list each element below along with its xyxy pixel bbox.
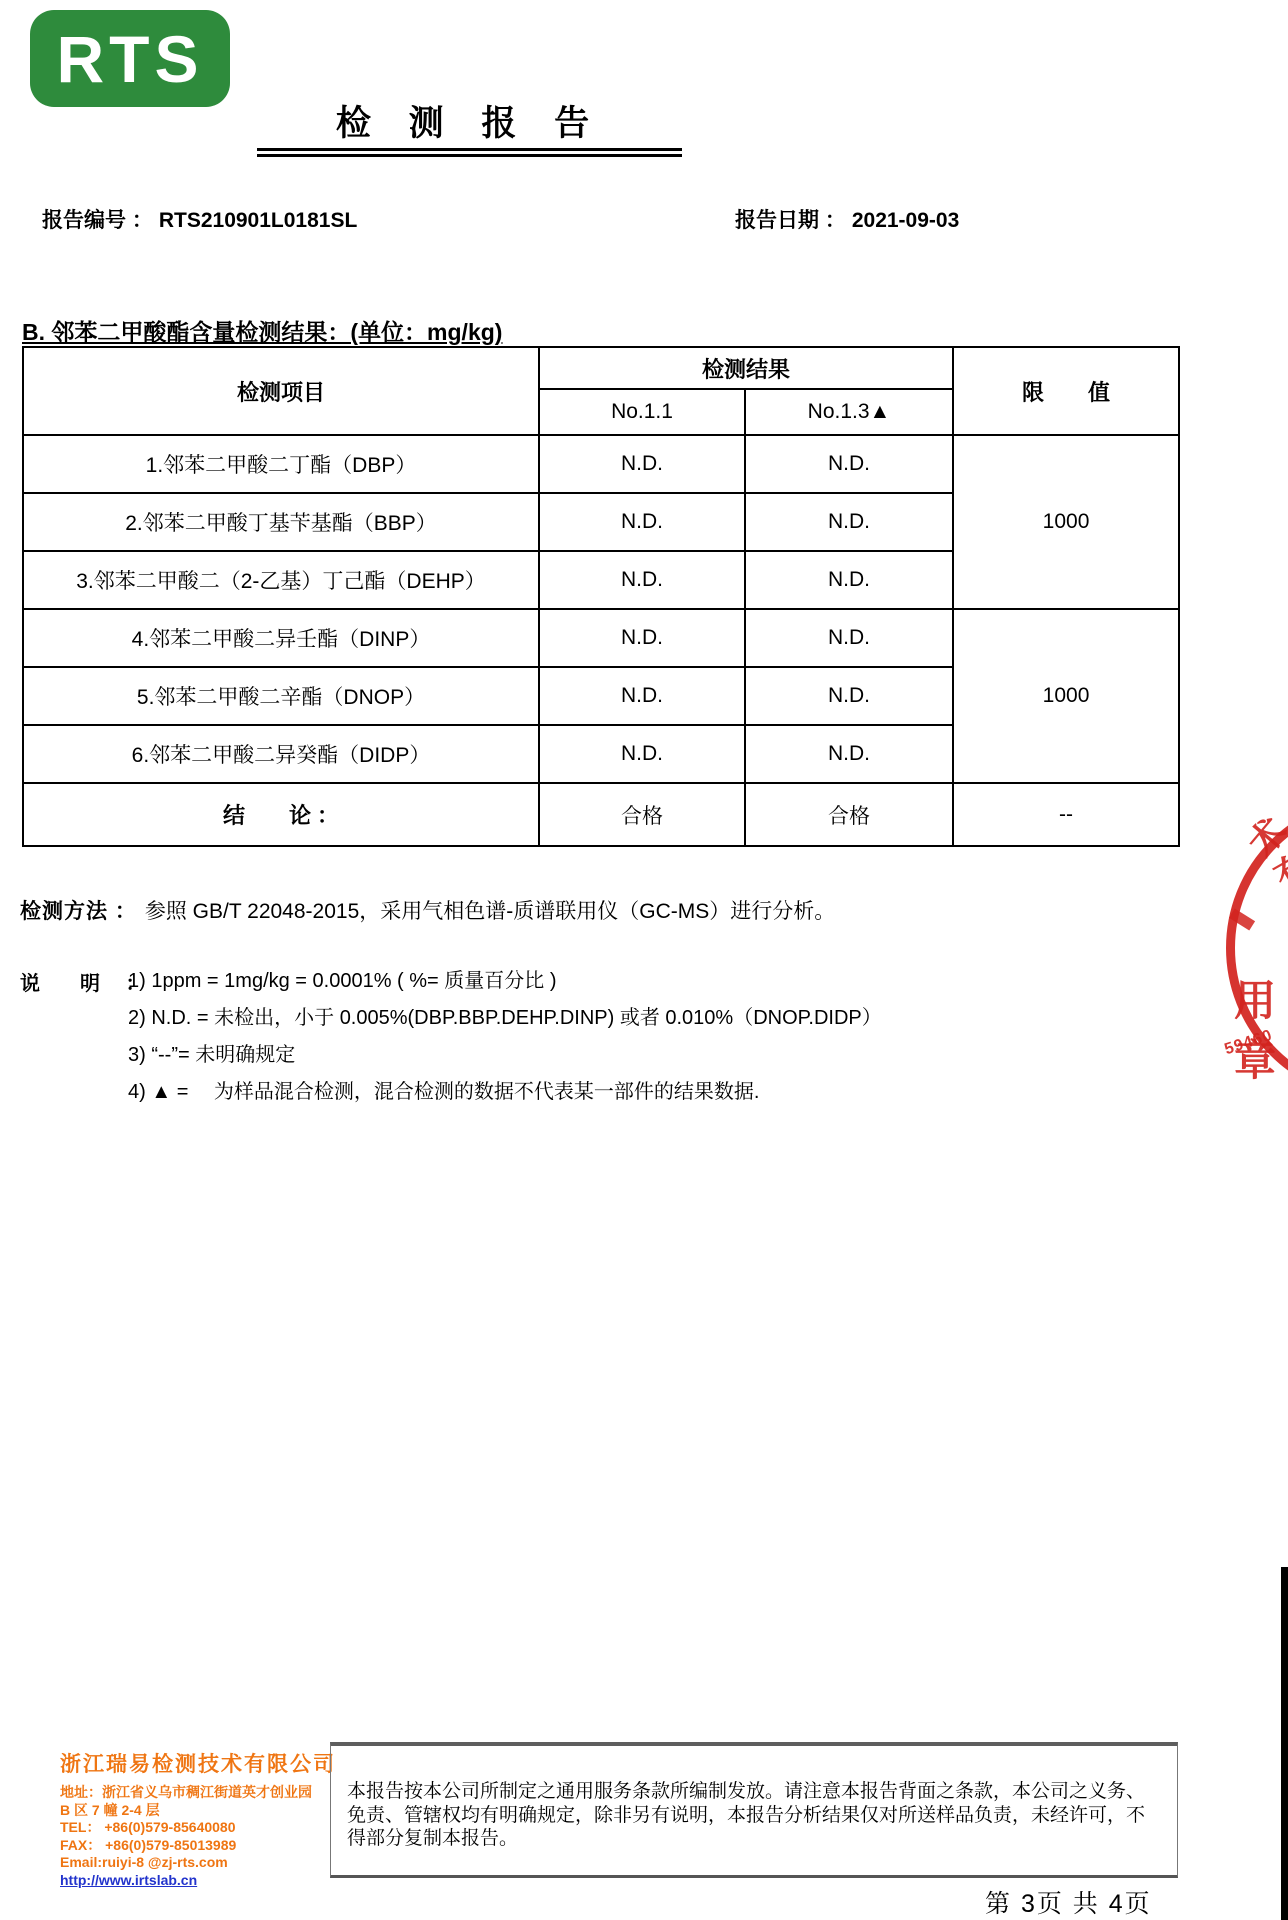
report-number-label: 报告编号 ： bbox=[42, 209, 153, 232]
row-item-name: 1.邻苯二甲酸二丁酯（DBP） bbox=[23, 435, 539, 493]
company-website-link[interactable]: http://www.irtslab.cn bbox=[60, 1872, 197, 1888]
company-address-line1: 地址：浙江省义乌市稠江街道英才创业园 bbox=[60, 1784, 336, 1802]
document-title: 检 测 报 告 bbox=[257, 96, 682, 146]
col-header-limit: 限 值 bbox=[953, 347, 1179, 435]
section-b-heading: B. 邻苯二甲酸酯含量检测结果：(单位：mg/kg) bbox=[22, 314, 502, 347]
table-row: 4.邻苯二甲酸二异壬酯（DINP） N.D. N.D. 1000 bbox=[23, 609, 1179, 667]
conclusion-limit: -- bbox=[953, 783, 1179, 846]
row-item-name: 2.邻苯二甲酸丁基苄基酯（BBP） bbox=[23, 493, 539, 551]
row-result-no13: N.D. bbox=[745, 725, 953, 783]
report-date-row: 报告日期 ：2021-09-03 bbox=[735, 204, 959, 234]
conclusion-row: 结 论 ： 合格 合格 -- bbox=[23, 783, 1179, 846]
limit-value-group2: 1000 bbox=[953, 609, 1179, 783]
row-result-no11: N.D. bbox=[539, 609, 745, 667]
report-date-value: 2021-09-03 bbox=[852, 209, 959, 232]
row-result-no11: N.D. bbox=[539, 551, 745, 609]
company-email: Email:ruiyi-8 @zj-rts.com bbox=[60, 1854, 336, 1872]
company-name: 浙江瑞易检测技术有限公司 bbox=[60, 1748, 336, 1778]
company-fax: FAX： +86(0)579-85013989 bbox=[60, 1837, 336, 1855]
notes-items: 1) 1ppm = 1mg/kg = 0.0001% ( %= 质量百分比 ) … bbox=[128, 963, 1228, 1111]
method-text: 参照 GB/T 22048-2015，采用气相色谱-质谱联用仪（GC-MS）进行… bbox=[145, 900, 835, 923]
phthalate-results-table: 检测项目 检测结果 限 值 No.1.1 No.1.3▲ 1.邻苯二甲酸二丁酯（… bbox=[22, 346, 1180, 847]
company-address-line2: B 区 7 幢 2-4 层 bbox=[60, 1802, 336, 1820]
note-item: 1) 1ppm = 1mg/kg = 0.0001% ( %= 质量百分比 ) bbox=[128, 963, 1228, 1000]
company-tel: TEL： +86(0)579-85640080 bbox=[60, 1819, 336, 1837]
conclusion-label: 结 论 ： bbox=[23, 783, 539, 846]
title-double-rule bbox=[257, 148, 682, 157]
row-result-no11: N.D. bbox=[539, 725, 745, 783]
report-number-row: 报告编号 ：RTS210901L0181SL bbox=[42, 204, 357, 234]
row-item-name: 3.邻苯二甲酸二（2-乙基）丁己酯（DEHP） bbox=[23, 551, 539, 609]
note-item: 2) N.D. = 未检出，小于 0.005%(DBP.BBP.DEHP.DIN… bbox=[128, 1000, 1228, 1037]
row-item-name: 4.邻苯二甲酸二异壬酯（DINP） bbox=[23, 609, 539, 667]
note-item: 4) ▲ = 为样品混合检测，混合检测的数据不代表某一部件的结果数据. bbox=[128, 1074, 1228, 1111]
report-page: RTS 检 测 报 告 报告编号 ：RTS210901L0181SL 报告日期 … bbox=[0, 0, 1288, 1920]
col-header-sample2: No.1.3▲ bbox=[745, 389, 953, 435]
col-header-sample1: No.1.1 bbox=[539, 389, 745, 435]
row-result-no13: N.D. bbox=[745, 609, 953, 667]
company-info-block: 浙江瑞易检测技术有限公司 地址：浙江省义乌市稠江街道英才创业园 B 区 7 幢 … bbox=[60, 1748, 336, 1889]
row-result-no13: N.D. bbox=[745, 667, 953, 725]
row-item-name: 5.邻苯二甲酸二辛酯（DNOP） bbox=[23, 667, 539, 725]
table-row: 1.邻苯二甲酸二丁酯（DBP） N.D. N.D. 1000 bbox=[23, 435, 1179, 493]
disclaimer-line: 得部分复制本报告。 bbox=[347, 1827, 1163, 1851]
note-item: 3) “--”= 未明确规定 bbox=[128, 1037, 1228, 1074]
rts-logo-text: RTS bbox=[57, 26, 204, 92]
seal-center-text: 用章 bbox=[1234, 968, 1288, 1088]
limit-value-group1: 1000 bbox=[953, 435, 1179, 609]
report-date-label: 报告日期 ： bbox=[735, 209, 846, 232]
row-result-no13: N.D. bbox=[745, 493, 953, 551]
row-result-no11: N.D. bbox=[539, 435, 745, 493]
disclaimer-line: 免责、管辖权均有明确规定，除非另有说明，本报告分析结果仅对所送样品负责，未经许可… bbox=[347, 1804, 1163, 1828]
row-result-no13: N.D. bbox=[745, 551, 953, 609]
method-line: 检测方法 ：参照 GB/T 22048-2015，采用气相色谱-质谱联用仪（GC… bbox=[20, 895, 835, 925]
company-contact-lines: 地址：浙江省义乌市稠江街道英才创业园 B 区 7 幢 2-4 层 TEL： +8… bbox=[60, 1784, 336, 1889]
rts-logo: RTS bbox=[30, 10, 230, 107]
red-seal-stamp: 术 有 用章 59460 bbox=[1222, 786, 1288, 1102]
disclaimer-line: 本报告按本公司所制定之通用服务条款所编制发放。请注意本报告背面之条款，本公司之义… bbox=[347, 1780, 1163, 1804]
col-header-item: 检测项目 bbox=[23, 347, 539, 435]
method-label: 检测方法 ： bbox=[20, 900, 137, 923]
page-indicator: 第 3页 共 4页 bbox=[985, 1884, 1152, 1920]
row-item-name: 6.邻苯二甲酸二异癸酯（DIDP） bbox=[23, 725, 539, 783]
conclusion-no13: 合格 bbox=[745, 783, 953, 846]
conclusion-no11: 合格 bbox=[539, 783, 745, 846]
row-result-no11: N.D. bbox=[539, 667, 745, 725]
row-result-no13: N.D. bbox=[745, 435, 953, 493]
disclaimer-box: 本报告按本公司所制定之通用服务条款所编制发放。请注意本报告背面之条款，本公司之义… bbox=[330, 1742, 1178, 1878]
scan-edge-artifact bbox=[1281, 1567, 1288, 1920]
report-number-value: RTS210901L0181SL bbox=[159, 209, 357, 232]
row-result-no11: N.D. bbox=[539, 493, 745, 551]
col-header-result-group: 检测结果 bbox=[539, 347, 953, 389]
